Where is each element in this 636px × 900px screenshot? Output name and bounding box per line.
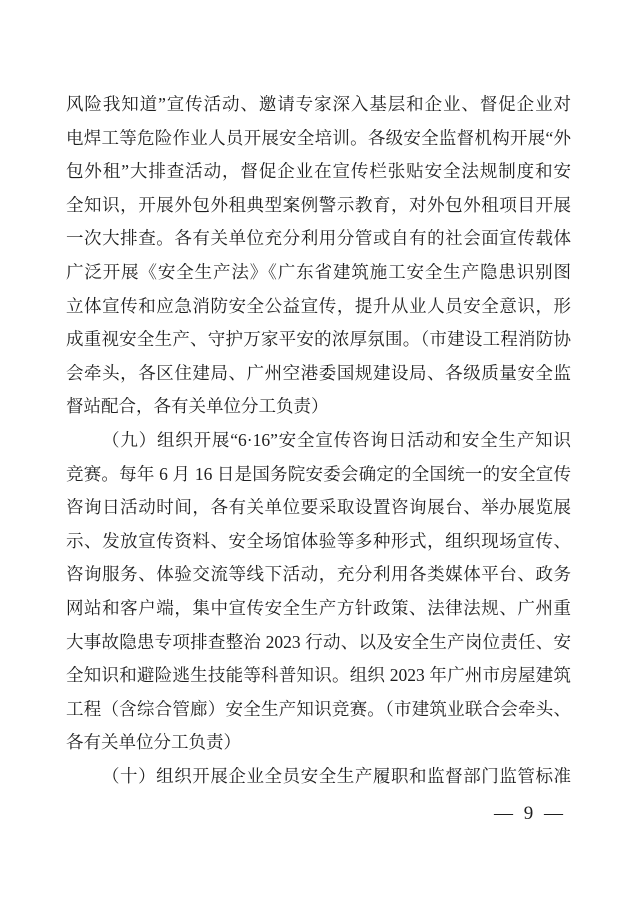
- page-number: — 9 —: [494, 802, 566, 826]
- text-line: 包外租”大排查活动，督促企业在宣传栏张贴安全法规制度和安: [66, 155, 571, 189]
- text-line: 咨询日活动时间，各有关单位要采取设置咨询展台、举办展览展: [66, 491, 571, 525]
- text-line: 风险我知道”宣传活动、邀请专家深入基层和企业、督促企业对: [66, 88, 571, 122]
- text-line: 网站和客户端，集中宣传安全生产方针政策、法律法规、广州重: [66, 592, 571, 626]
- text-line: 立体宣传和应急消防安全公益宣传，提升从业人员安全意识，形: [66, 290, 571, 324]
- body-text: 风险我知道”宣传活动、邀请专家深入基层和企业、督促企业对 电焊工等危险作业人员开…: [66, 88, 571, 793]
- text-line: 竞赛。每年 6 月 16 日是国务院安委会确定的全国统一的安全宣传: [66, 458, 571, 492]
- text-line: 广泛开展《安全生产法》《广东省建筑施工安全生产隐患识别图集》: [66, 256, 571, 290]
- text-line: 工程（含综合管廊）安全生产知识竞赛。（市建筑业联合会牵头、: [66, 693, 571, 727]
- text-line: 咨询服务、体验交流等线下活动，充分利用各类媒体平台、政务: [66, 558, 571, 592]
- document-page: 风险我知道”宣传活动、邀请专家深入基层和企业、督促企业对 电焊工等危险作业人员开…: [0, 0, 636, 900]
- text-line: 各有关单位分工负责）: [66, 726, 571, 760]
- text-line: 大事故隐患专项排查整治 2023 行动、以及安全生产岗位责任、安: [66, 626, 571, 660]
- text-line: 电焊工等危险作业人员开展安全培训。各级安全监督机构开展“外: [66, 122, 571, 156]
- text-line: 全知识，开展外包外租典型案例警示教育，对外包外租项目开展: [66, 189, 571, 223]
- text-line-paragraph-start: （十）组织开展企业全员安全生产履职和监督部门监管标准: [66, 760, 571, 794]
- text-line: 全知识和避险逃生技能等科普知识。组织 2023 年广州市房屋建筑: [66, 659, 571, 693]
- text-line: 示、发放宣传资料、安全场馆体验等多种形式，组织现场宣传、: [66, 525, 571, 559]
- text-line: 成重视安全生产、守护万家平安的浓厚氛围。（市建设工程消防协: [66, 323, 571, 357]
- text-line-paragraph-start: （九）组织开展“6·16”安全宣传咨询日活动和安全生产知识: [66, 424, 571, 458]
- text-line: 会牵头，各区住建局、广州空港委国规建设局、各级质量安全监: [66, 357, 571, 391]
- text-line: 一次大排查。各有关单位充分利用分管或自有的社会面宣传载体: [66, 222, 571, 256]
- text-line: 督站配合，各有关单位分工负责）: [66, 390, 571, 424]
